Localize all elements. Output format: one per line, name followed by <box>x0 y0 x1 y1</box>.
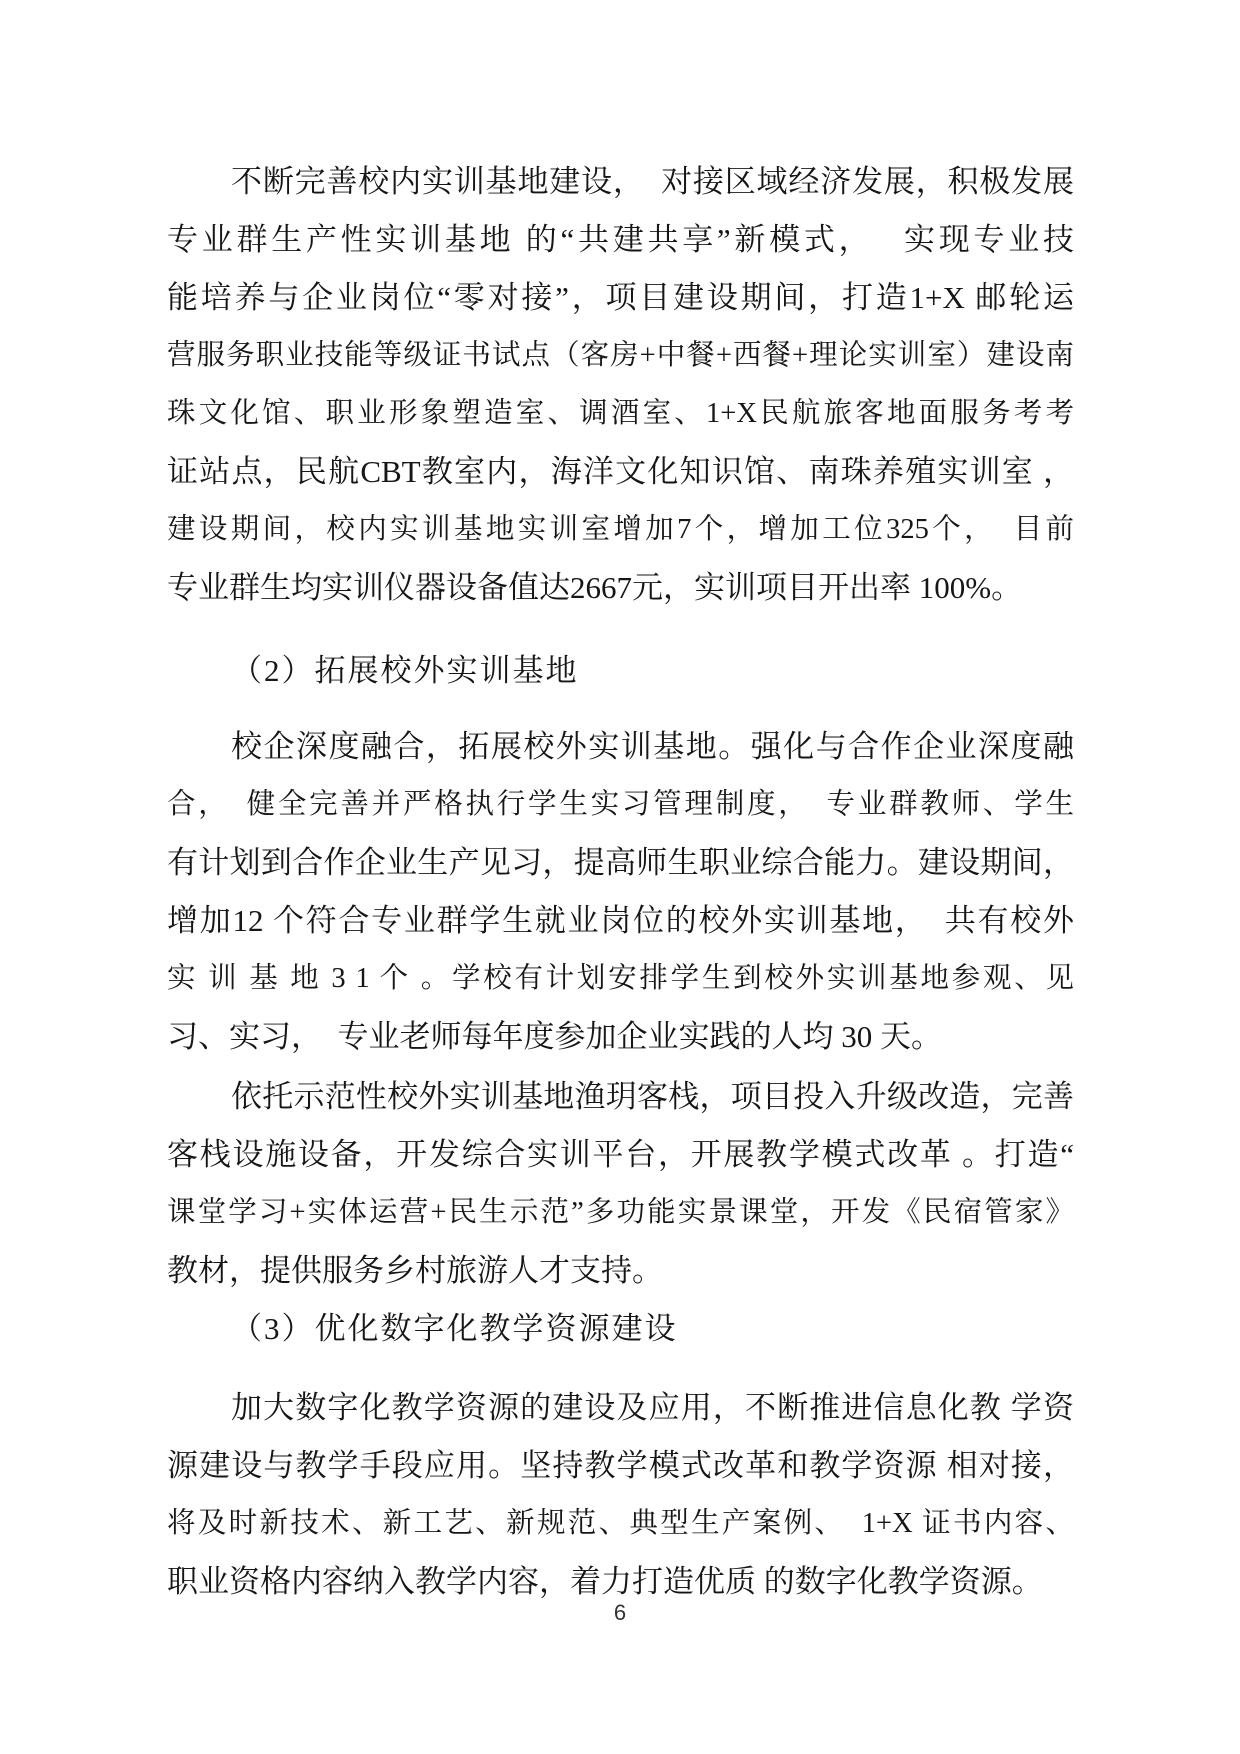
text-line: 能培养与企业岗位“零对接”，项目建设期间，打造1+X 邮轮运 <box>167 269 1074 327</box>
text-line: 珠文化馆、职业形象塑造室、调酒室、1+X民航旅客地面服务考考 <box>167 385 1074 443</box>
text-line: 加大数字化教学资源的建设及应用，不断推进信息化教 学资 <box>167 1379 1074 1437</box>
text-line: 校企深度融合，拓展校外实训基地。强化与合作企业深度融 <box>167 718 1074 776</box>
paragraph-yuyue-inn: 依托示范性校外实训基地渔玥客栈，项目投入升级改造，完善 客栈设施设备，开发综合实… <box>167 1068 1074 1300</box>
text-line: 建设期间，校内实训基地实训室增加7个，增加工位325个， 目前 <box>167 501 1074 559</box>
paragraph-offcampus-training-base: 校企深度融合，拓展校外实训基地。强化与合作企业深度融 合， 健全完善并严格执行学… <box>167 718 1074 1066</box>
section-heading-2: （2）拓展校外实训基地 <box>167 642 1074 700</box>
text-line: 专业群生均实训仪器设备值达2667元，实训项目开出率 100%。 <box>167 559 1074 617</box>
text-line: 营服务职业技能等级证书试点（客房+中餐+西餐+理论实训室）建设南 <box>167 327 1074 385</box>
paragraph-digital-resources: 加大数字化教学资源的建设及应用，不断推进信息化教 学资 源建设与教学手段应用。坚… <box>167 1379 1074 1611</box>
text-line: 专业群生产性实训基地 的“共建共享”新模式， 实现专业技 <box>167 211 1074 269</box>
section-heading-3: （3）优化数字化教学资源建设 <box>167 1300 1074 1358</box>
text-line: 增加12 个符合专业群学生就业岗位的校外实训基地， 共有校外 <box>167 892 1074 950</box>
text-line: 客栈设施设备，开发综合实训平台，开展教学模式改革 。打造“ <box>167 1126 1074 1184</box>
text-line: 源建设与教学手段应用。坚持教学模式改革和教学资源 相对接， <box>167 1437 1074 1495</box>
text-line: 课堂学习+实体运营+民生示范”多功能实景课堂，开发《民宿管家》 <box>167 1184 1074 1242</box>
text-line: 依托示范性校外实训基地渔玥客栈，项目投入升级改造，完善 <box>167 1068 1074 1126</box>
text-line: 习、实习， 专业老师每年度参加企业实践的人均 30 天。 <box>167 1008 1074 1066</box>
text-line: 将及时新技术、新工艺、新规范、典型生产案例、 1+X 证书内容、 <box>167 1495 1074 1553</box>
text-line: 证站点，民航CBT教室内，海洋文化知识馆、南珠养殖实训室 ， <box>167 443 1074 501</box>
text-line: 有计划到合作企业生产见习，提高师生职业综合能力。建设期间， <box>167 834 1074 892</box>
text-line: 实 训 基 地 3 1 个 。学校有计划安排学生到校外实训基地参观、见 <box>167 950 1074 1008</box>
text-line: 不断完善校内实训基地建设， 对接区域经济发展，积极发展 <box>167 153 1074 211</box>
text-line: 合， 健全完善并严格执行学生实习管理制度， 专业群教师、学生 <box>167 776 1074 834</box>
page-content: 不断完善校内实训基地建设， 对接区域经济发展，积极发展 专业群生产性实训基地 的… <box>167 153 1074 1611</box>
document-page: 不断完善校内实训基地建设， 对接区域经济发展，积极发展 专业群生产性实训基地 的… <box>0 0 1240 1754</box>
paragraph-campus-training-base: 不断完善校内实训基地建设， 对接区域经济发展，积极发展 专业群生产性实训基地 的… <box>167 153 1074 617</box>
text-line: 教材，提供服务乡村旅游人才支持。 <box>167 1242 1074 1300</box>
page-number: 6 <box>0 1598 1240 1628</box>
